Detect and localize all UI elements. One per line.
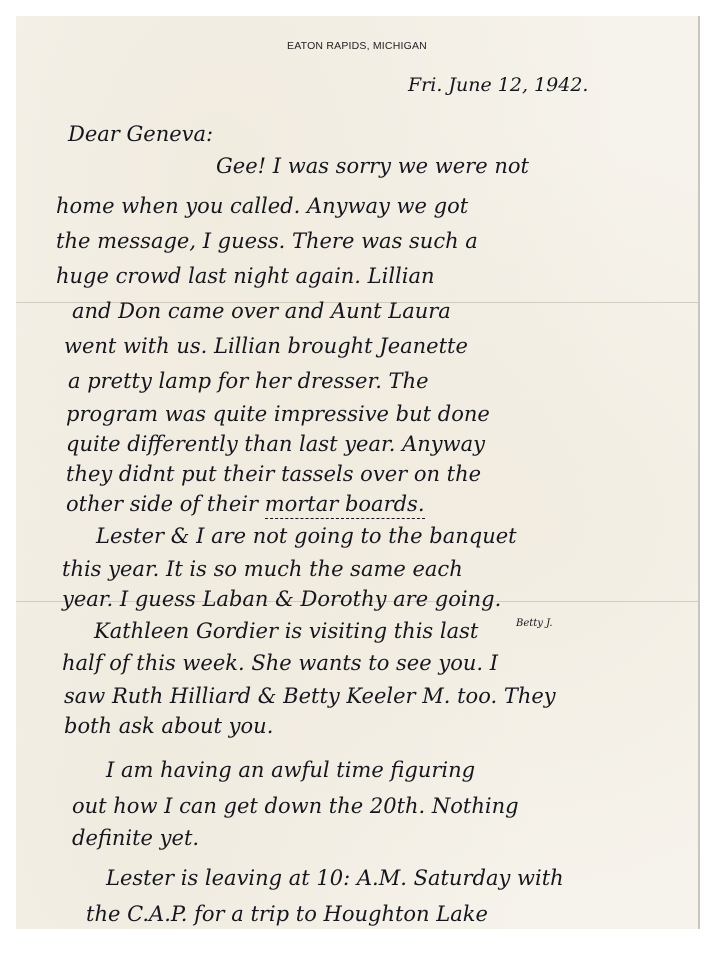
letter-line-text: other side of their [66, 492, 265, 516]
letter-line: out how I can get down the 20th. Nothing [72, 796, 519, 817]
letter-line: quite differently than last year. Anyway [66, 434, 485, 455]
letter-date: Fri. June 12, 1942. [408, 74, 588, 96]
letter-line: program was quite impressive but done [66, 404, 490, 425]
letter-line: and Don came over and Aunt Laura [72, 301, 451, 322]
letter-line: the C.A.P. for a trip to Houghton Lake [86, 904, 488, 925]
inserted-annotation: Betty J. [516, 618, 553, 629]
letter-line: home when you called. Anyway we got [56, 196, 468, 217]
salutation: Dear Geneva: [68, 122, 213, 146]
letter-line: half of this week. She wants to see you.… [62, 653, 498, 674]
letter-line: saw Ruth Hilliard & Betty Keeler M. too.… [64, 686, 556, 707]
letterhead: EATON RAPIDS, MICHIGAN [16, 40, 698, 52]
letter-line: a pretty lamp for her dresser. The [68, 371, 429, 392]
underlined-phrase: mortar boards. [265, 492, 425, 519]
letter-line: both ask about you. [64, 716, 273, 737]
letter-line: definite yet. [72, 828, 199, 849]
letter-line: went with us. Lillian brought Jeanette [64, 336, 468, 357]
letter-line: huge crowd last night again. Lillian [56, 266, 435, 287]
letter-page: EATON RAPIDS, MICHIGAN Fri. June 12, 194… [16, 16, 700, 929]
letter-line: they didnt put their tassels over on the [66, 464, 481, 485]
letter-line: other side of their mortar boards. [66, 494, 425, 515]
letter-line: Gee! I was sorry we were not [216, 156, 529, 177]
letter-line: I am having an awful time figuring [106, 760, 475, 781]
letter-line: Kathleen Gordier is visiting this last [94, 621, 478, 642]
letter-line: this year. It is so much the same each [62, 559, 463, 580]
letter-line: year. I guess Laban & Dorothy are going. [62, 589, 501, 610]
letter-line: Lester is leaving at 10: A.M. Saturday w… [106, 868, 564, 889]
letter-line: the message, I guess. There was such a [56, 231, 478, 252]
letter-line: Lester & I are not going to the banquet [96, 526, 517, 547]
